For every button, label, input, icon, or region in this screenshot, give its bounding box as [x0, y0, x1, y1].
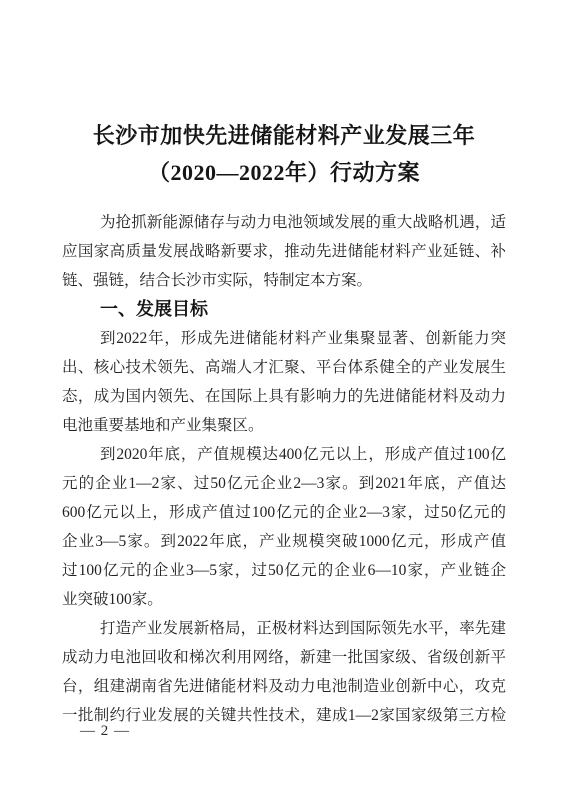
text-line: 电池重要基地和产业集聚区。	[62, 411, 506, 440]
document-page: 长沙市加快先进储能材料产业发展三年 （2020—2022年）行动方案 为抢抓新能…	[0, 0, 565, 800]
page-number: — 2 —	[80, 721, 130, 741]
text-line: 态，成为国内领先、在国际上具有影响力的先进储能材料及动力	[62, 382, 506, 411]
text-line: 企业3—5家。到2022年底，产业规模突破1000亿元，形成产值	[62, 527, 506, 556]
title-line-2: （2020—2022年）行动方案	[62, 154, 506, 191]
text-line: 为抢抓新能源储存与动力电池领域发展的重大战略机遇，适	[62, 208, 506, 237]
text-line: 成动力电池回收和梯次利用网络，新建一批国家级、省级创新平	[62, 643, 506, 672]
text-line: 过100亿元的企业3—5家，过50亿元的企业6—10家，产业链企	[62, 556, 506, 585]
title-line-1: 长沙市加快先进储能材料产业发展三年	[62, 117, 506, 154]
section-heading: 一、发展目标	[62, 295, 506, 324]
text-line: 链、强链，结合长沙市实际，特制定本方案。	[62, 266, 506, 295]
text-line: 打造产业发展新格局，正极材料达到国际领先水平，率先建	[62, 614, 506, 643]
text-line: 台，组建湖南省先进储能材料及动力电池制造业创新中心，攻克	[62, 672, 506, 701]
text-line: 元的企业1—2家、过50亿元企业2—3家。到2021年底，产值达	[62, 469, 506, 498]
document-body: 为抢抓新能源储存与动力电池领域发展的重大战略机遇，适应国家高质量发展战略新要求，…	[62, 208, 506, 730]
text-line: 到2020年底，产值规模达400亿元以上，形成产值过100亿	[62, 440, 506, 469]
text-line: 应国家高质量发展战略新要求，推动先进储能材料产业延链、补	[62, 237, 506, 266]
text-line: 业突破100家。	[62, 585, 506, 614]
text-line: 出、核心技术领先、高端人才汇聚、平台体系健全的产业发展生	[62, 353, 506, 382]
text-line: 到2022年，形成先进储能材料产业集聚显著、创新能力突	[62, 324, 506, 353]
document-title: 长沙市加快先进储能材料产业发展三年 （2020—2022年）行动方案	[62, 117, 506, 191]
text-line: 600亿元以上，形成产值过100亿元的企业2—3家，过50亿元的	[62, 498, 506, 527]
